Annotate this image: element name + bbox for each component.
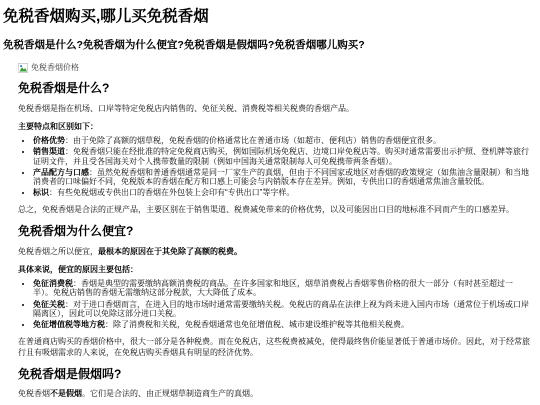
image-alt-text: 免税香烟价格 — [31, 64, 79, 72]
page-title: 免税香烟购买,哪儿买免税香烟 — [3, 8, 530, 27]
section-fake: 免税香烟是假烟吗? 免税香烟不是假烟。它们是合法的、由正规烟草制造商生产的真烟。 — [18, 367, 530, 400]
section-what-summary: 总之，免税香烟是合法的正规产品，主要区别在于销售渠道、税费减免带来的价格优势，以… — [18, 205, 530, 216]
list-item: 产品配方与口感：虽然免税香烟和普通香烟通常是同一厂家生产的真烟，但由于不同国家或… — [33, 168, 530, 186]
list-item-text: ：除了消费税和关税，免税香烟通常也免征增值税、城市建设维护税等其他相关税费。 — [105, 320, 409, 329]
list-item: 免征关税：对于进口香烟而言，在进入目的地市场时通常需要缴纳关税。免税店的商品在法… — [33, 300, 530, 318]
section-heading-what: 免税香烟是什么? — [18, 81, 530, 95]
reasons-list: 免征消费税：香烟是典型的需要缴纳高额消费税的商品。在许多国家和地区，烟草消费税占… — [18, 279, 530, 329]
list-item-label: 标识 — [33, 188, 49, 197]
list-item-text: ：有些免税烟或专供出口的香烟在外包装上会印有“专供出口”等字样。 — [49, 188, 294, 197]
section-why-cheap-list-label: 具体来说，便宜的原因主要包括： — [18, 265, 530, 276]
list-item-label: 免征消费税 — [33, 279, 73, 288]
list-item: 免征增值税等地方税：除了消费税和关税，免税香烟通常也免征增值税、城市建设维护税等… — [33, 320, 530, 329]
section-why-cheap-summary: 在普通商店购买的香烟价格中，很大一部分是各种税费。而在免税店，这些税费被减免，使… — [18, 337, 530, 359]
list-item-text: ：香烟是典型的需要缴纳高额消费税的商品。在许多国家和地区，烟草消费税占香烟零售价… — [33, 279, 513, 297]
list-item-text: ：虽然免税香烟和普通香烟通常是同一厂家生产的真烟，但由于不同国家或地区对香烟的政… — [33, 168, 529, 186]
list-item-text: ：由于免除了高额的烟草税，免税香烟的价格通常比在普通市场（如超市、便利店）销售的… — [65, 136, 441, 145]
section-heading-why-cheap: 免税香烟为什么便宜? — [18, 224, 530, 238]
section-why-cheap-intro: 免税香烟之所以便宜，最根本的原因在于其免除了高额的税费。 — [18, 247, 530, 258]
section-what-list-label: 主要特点和区别如下： — [18, 122, 530, 133]
list-item-label: 销售渠道 — [33, 147, 65, 156]
section-what-intro: 免税香烟是指在机场、口岸等特定免税店内销售的、免征关税、消费税等相关税费的香烟产… — [18, 104, 530, 115]
section-heading-fake: 免税香烟是假烟吗? — [18, 367, 530, 381]
section-fake-text: 免税香烟不是假烟。它们是合法的、由正规烟草制造商生产的真烟。 — [18, 389, 530, 400]
list-item-label: 产品配方与口感 — [33, 168, 89, 177]
list-item-text: ：对于进口香烟而言，在进入目的地市场时通常需要缴纳关税。免税店的商品在法律上视为… — [33, 300, 529, 318]
list-item-label: 价格优势 — [33, 136, 65, 145]
section-why-cheap: 免税香烟为什么便宜? 免税香烟之所以便宜，最根本的原因在于其免除了高额的税费。 … — [18, 224, 530, 359]
fake-bold-text: 不是假烟 — [50, 389, 82, 398]
list-item: 销售渠道：免税香烟只能在经批准的特定免税商店购买，例如国际机场免税店、边境口岸免… — [33, 147, 530, 165]
list-item-label: 免征增值税等地方税 — [33, 320, 105, 329]
list-item-text: ：免税香烟只能在经批准的特定免税商店购买，例如国际机场免税店、边境口岸免税店等。… — [33, 147, 529, 165]
list-item: 价格优势：由于免除了高额的烟草税，免税香烟的价格通常比在普通市场（如超市、便利店… — [33, 136, 530, 145]
article-body: 免税香烟价格 免税香烟是什么? 免税香烟是指在机场、口岸等特定免税店内销售的、免… — [18, 62, 530, 400]
broken-image-icon — [18, 63, 28, 73]
fake-plain-text: 免税香烟 — [18, 389, 50, 398]
intro-bold-text: 最根本的原因在于其免除了高额的税费。 — [98, 247, 242, 256]
features-list: 价格优势：由于免除了高额的烟草税，免税香烟的价格通常比在普通市场（如超市、便利店… — [18, 136, 530, 197]
list-item-label: 免征关税 — [33, 300, 65, 309]
article: 免税香烟购买,哪儿买免税香烟 免税香烟是什么?免税香烟为什么便宜?免税香烟是假烟… — [3, 8, 530, 400]
list-item: 免征消费税：香烟是典型的需要缴纳高额消费税的商品。在许多国家和地区，烟草消费税占… — [33, 279, 530, 297]
list-item: 标识：有些免税烟或专供出口的香烟在外包装上会印有“专供出口”等字样。 — [33, 188, 530, 197]
intro-plain-text: 免税香烟之所以便宜， — [18, 247, 98, 256]
fake-plain-text-2: 。它们是合法的、由正规烟草制造商生产的真烟。 — [82, 389, 258, 398]
page-subtitle: 免税香烟是什么?免税香烟为什么便宜?免税香烟是假烟吗?免税香烟哪儿购买? — [3, 39, 530, 53]
section-what: 免税香烟是什么? 免税香烟是指在机场、口岸等特定免税店内销售的、免征关税、消费税… — [18, 81, 530, 216]
broken-image: 免税香烟价格 — [18, 62, 530, 73]
